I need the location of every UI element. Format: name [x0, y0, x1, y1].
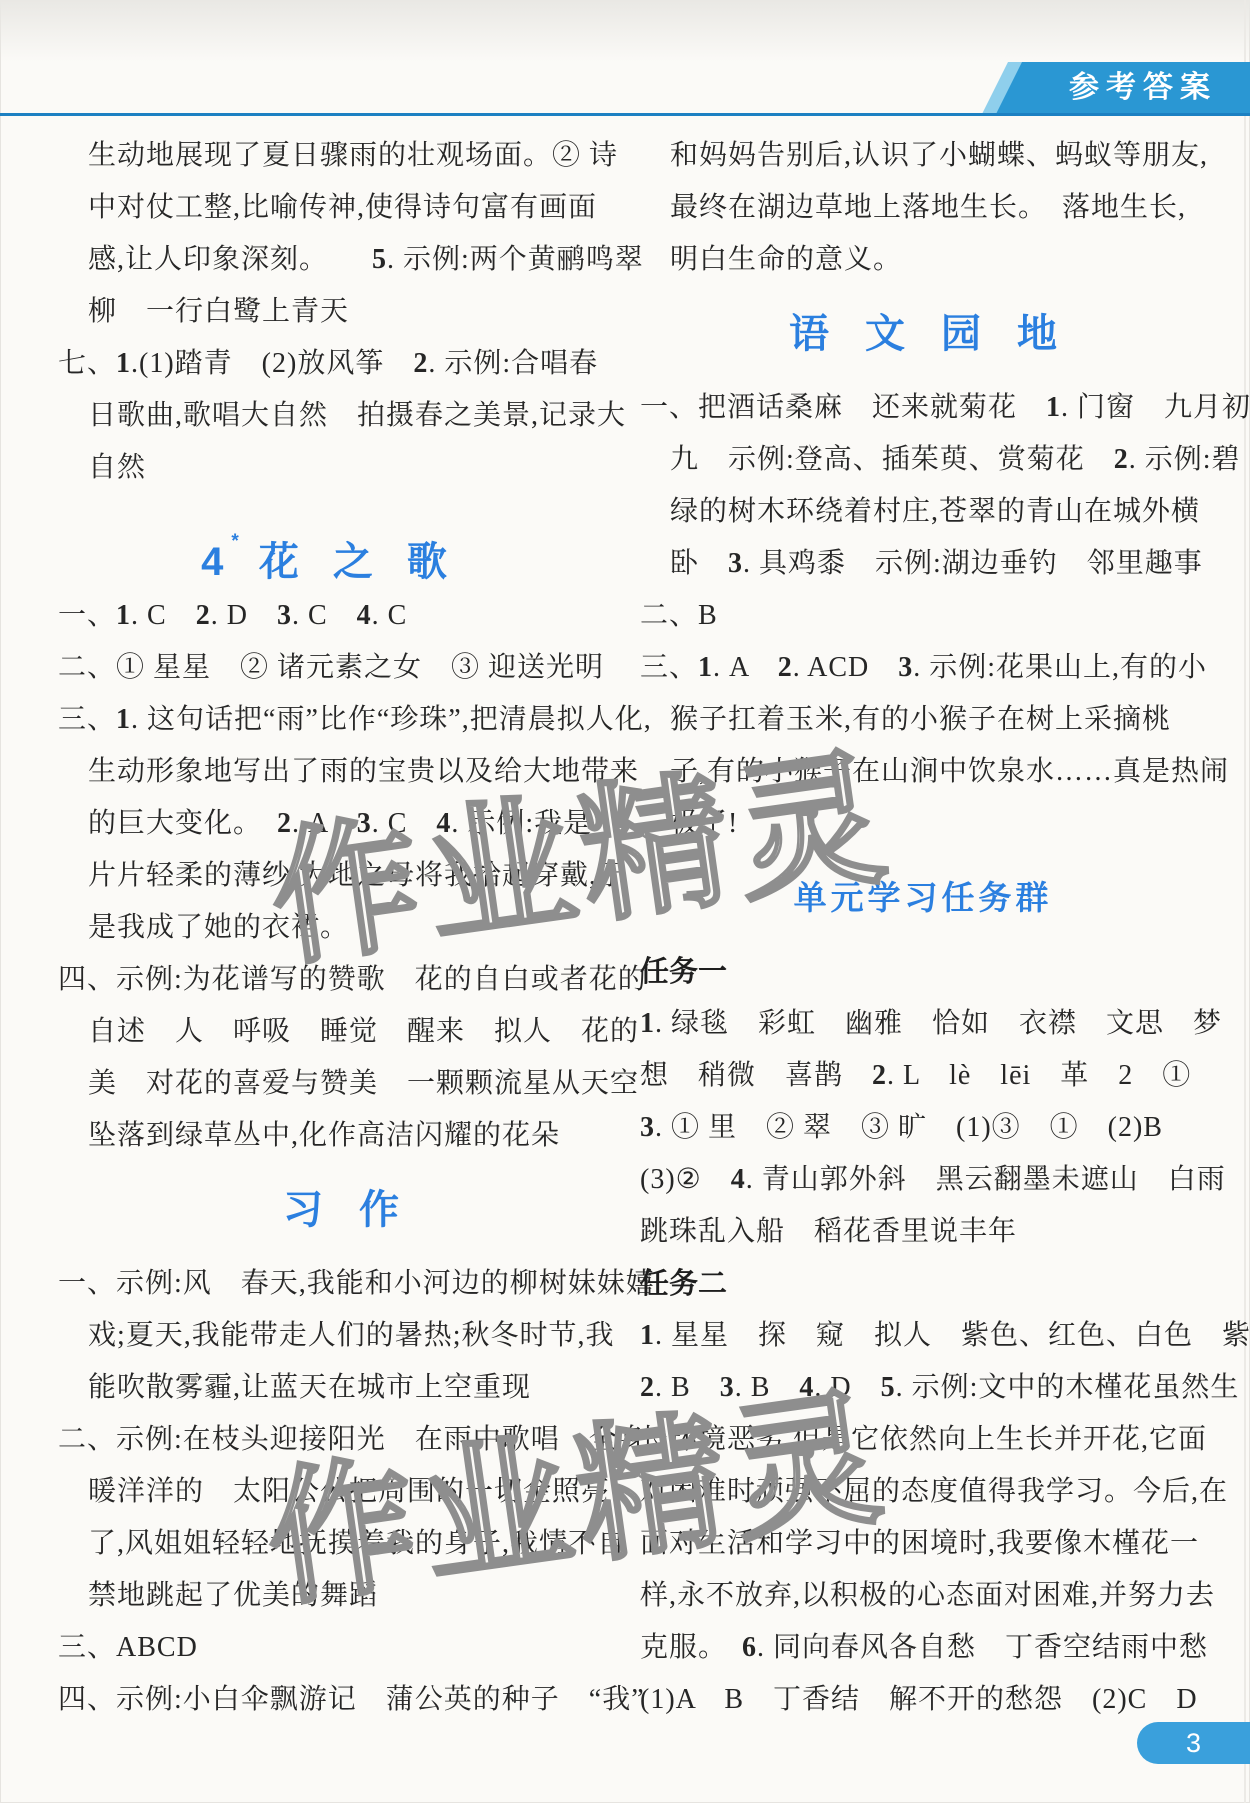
answer-line: 面对生活和学习中的困境时,我要像木槿花一 [640, 1518, 1206, 1570]
answer-line: 自述 人 呼吸 睡觉 醒来 拟人 花的 [58, 1006, 624, 1058]
answer-line: 片片轻柔的薄纱,大地之母将我拾起穿戴,于 [58, 850, 624, 902]
answer-line: 戏;夏天,我能带走人们的暑热;秋冬时节,我 [58, 1310, 624, 1362]
answer-line: 最终在湖边草地上落地生长。 落地生长, [640, 182, 1206, 234]
answer-line: (3)② 4. 青山郭外斜 黑云翻墨未遮山 白雨 [640, 1154, 1206, 1206]
right-column: 和妈妈告别后,认识了小蝴蝶、蚂蚁等朋友,最终在湖边草地上落地生长。 落地生长,明… [640, 130, 1206, 1726]
section-heading: 语文园地 [640, 286, 1206, 382]
answer-line: 柳 一行白鹭上青天 [58, 286, 624, 338]
answer-line: 日歌曲,歌唱大自然 拍摄春之美景,记录大 [58, 390, 624, 442]
answer-line: 跳珠乱入船 稻花香里说丰年 [640, 1206, 1206, 1258]
answer-line: 一、示例:风 春天,我能和小河边的柳树妹妹嬉 [58, 1258, 624, 1310]
answer-tab: 参考答案 [982, 62, 1250, 114]
answer-line: 三、1. A 2. ACD 3. 示例:花果山上,有的小 [640, 642, 1206, 694]
answer-line: 四、示例:小白伞飘游记 蒲公英的种子 “我” [58, 1674, 624, 1726]
answer-line: 克服。 6. 同向春风各自愁 丁香空结雨中愁 [640, 1622, 1206, 1674]
answer-line: 禁地跳起了优美的舞蹈 [58, 1570, 624, 1622]
answer-tab-label: 参考答案 [982, 62, 1250, 114]
left-column: 生动地展现了夏日骤雨的壮观场面。② 诗中对仗工整,比喻传神,使得诗句富有画面感,… [58, 130, 624, 1726]
answer-line: 的巨大变化。 2. A 3. C 4. 示例:我是 [58, 798, 624, 850]
answer-line: 绿的树木环绕着村庄,苍翠的青山在城外横 [640, 486, 1206, 538]
answer-line: (1)A B 丁香结 解不开的愁怨 (2)C D [640, 1674, 1206, 1726]
answer-line: 生动地展现了夏日骤雨的壮观场面。② 诗 [58, 130, 624, 182]
answer-line: 生动形象地写出了雨的宝贵以及给大地带来 [58, 746, 624, 798]
lesson-number: 4 [201, 540, 223, 584]
answer-line: 三、ABCD [58, 1622, 624, 1674]
answer-line: 了,风姐姐轻轻地抚摸着我的身子,我情不自 [58, 1518, 624, 1570]
answer-line: 中对仗工整,比喻传神,使得诗句富有画面 [58, 182, 624, 234]
answer-line: 样,永不放弃,以积极的心态面对困难,并努力去 [640, 1570, 1206, 1622]
answer-line: 自然 [58, 442, 624, 494]
lesson-title: 花之歌 [259, 540, 481, 584]
page-number-pill: 3 [1137, 1722, 1250, 1764]
section-heading: 习作 [58, 1162, 624, 1258]
unit-heading: 单元学习任务群 [640, 850, 1206, 946]
answer-line: 一、1. C 2. D 3. C 4. C [58, 590, 624, 642]
answer-line: 猴子扛着玉米,有的小猴子在树上采摘桃 [640, 694, 1206, 746]
answer-line: 二、B [640, 590, 1206, 642]
answer-line: 四、示例:为花谱写的赞歌 花的自白或者花的 [58, 954, 624, 1006]
page-number: 3 [1186, 1728, 1201, 1758]
answer-line: 一、把酒话桑麻 还来就菊花 1. 门窗 九月初 [640, 382, 1206, 434]
answer-line: 三、1. 这句话把“雨”比作“珍珠”,把清晨拟人化, [58, 694, 624, 746]
answer-line: 卧 3. 具鸡黍 示例:湖边垂钓 邻里趣事 [640, 538, 1206, 590]
answer-line: 能吹散雾霾,让蓝天在城市上空重现 [58, 1362, 624, 1414]
answer-line: 暖洋洋的 太阳公公把周围的一切金照亮 [58, 1466, 624, 1518]
answer-line: 2. B 3. B 4. D 5. 示例:文中的木槿花虽然生 [640, 1362, 1206, 1414]
answer-line: 和妈妈告别后,认识了小蝴蝶、蚂蚁等朋友, [640, 130, 1206, 182]
answer-key-page: 参考答案 生动地展现了夏日骤雨的壮观场面。② 诗中对仗工整,比喻传神,使得诗句富… [0, 0, 1250, 1803]
answer-line: 1. 绿毯 彩虹 幽雅 恰如 衣襟 文思 梦 [640, 998, 1206, 1050]
task-heading: 任务二 [640, 1258, 1206, 1310]
scan-shadow-top [0, 0, 1250, 62]
answer-line: 二、① 星星 ② 诸元素之女 ③ 迎送光明 [58, 642, 624, 694]
answer-line: 长环境恶劣,但是它依然向上生长并开花,它面 [640, 1414, 1206, 1466]
answer-line: 1. 星星 探 窥 拟人 紫色、红色、白色 紫色 [640, 1310, 1206, 1362]
answer-line: 感,让人印象深刻。 5. 示例:两个黄鹂鸣翠 [58, 234, 624, 286]
answer-line: 对困难时顽强不屈的态度值得我学习。今后,在 [640, 1466, 1206, 1518]
answer-line: 美 对花的喜爱与赞美 一颗颗流星从天空 [58, 1058, 624, 1110]
lesson-heading: 4*花之歌 [58, 494, 624, 590]
answer-line: 九 示例:登高、插茱萸、赏菊花 2. 示例:碧 [640, 434, 1206, 486]
answer-line: 是我成了她的衣裙。 [58, 902, 624, 954]
answer-line: 坠落到绿草丛中,化作高洁闪耀的花朵 [58, 1110, 624, 1162]
lesson-star: * [231, 531, 238, 552]
answer-line: 七、1.(1)踏青 (2)放风筝 2. 示例:合唱春 [58, 338, 624, 390]
task-heading: 任务一 [640, 946, 1206, 998]
answer-line: 子,有的小猴子在山涧中饮泉水……真是热闹 [640, 746, 1206, 798]
scan-edge-right [1244, 0, 1246, 1803]
header-rule [0, 113, 1250, 116]
answer-line: 极了! [640, 798, 1206, 850]
answer-line: 想 稍微 喜鹊 2. L lè lēi 革 2 ① [640, 1050, 1206, 1102]
answer-line: 3. ① 里 ② 翠 ③ 旷 (1)③ ① (2)B [640, 1102, 1206, 1154]
answer-line: 明白生命的意义。 [640, 234, 1206, 286]
answer-line: 二、示例:在枝头迎接阳光 在雨中歌唱 全身 [58, 1414, 624, 1466]
